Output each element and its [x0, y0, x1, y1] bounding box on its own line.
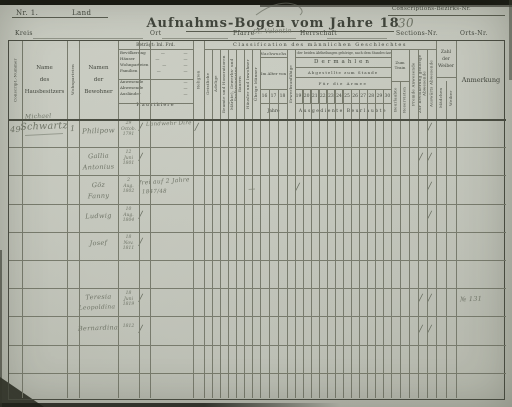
hw-birthdate: 1812 — [118, 324, 139, 330]
hw-inhabitant-name: Teresia — [79, 292, 118, 301]
conscription-district-label: Conscriptions-Bezirks-Nr. — [392, 6, 471, 12]
summary-dash: — — [180, 86, 191, 90]
women-title-l1: Zahl — [441, 50, 451, 55]
class-col-officials: Beamte und Honoratioren — [220, 49, 228, 119]
grid-line-horizontal — [9, 204, 506, 205]
bewohner-line1: Namen — [88, 65, 108, 71]
column-header-party-number: Wohnparteien — [67, 41, 79, 119]
summary-subline: Ausländer— — [118, 92, 193, 96]
women-title-l2: der — [442, 57, 450, 62]
hw-birthdate: 18 Juni 1819 — [118, 291, 139, 308]
col-foreign-present: Fremde Anwesende — [409, 49, 418, 119]
hw-date-year: 1801 — [123, 161, 134, 167]
hw-check-mark: ∕ — [428, 294, 431, 304]
column-header-owner: Name des Hausbesitzers — [22, 47, 67, 113]
grid-line-vertical — [383, 89, 384, 398]
hw-note: Landwehr Direction — [146, 120, 192, 128]
summary-dash: — — [180, 92, 191, 96]
grid-line-vertical — [335, 89, 336, 398]
grid-line-vertical — [446, 81, 447, 398]
owner-line1: Name — [36, 65, 53, 71]
summary-col-a: Inl. — [156, 43, 164, 48]
grid-line-horizontal — [118, 49, 193, 50]
herrschaft-underline — [327, 38, 387, 39]
class-col-unfit: Erwerbsunfähige — [287, 49, 295, 119]
summary-dash: — — [180, 63, 191, 67]
summary-dash: — — [180, 80, 191, 84]
hw-check-mark: ∕ — [428, 325, 431, 335]
summary-col-b: Frd. — [165, 43, 175, 48]
kreis-underline — [33, 38, 143, 39]
grid-line-vertical — [303, 89, 304, 398]
hw-owner-flourish — [25, 133, 63, 136]
summary-line-label: Häuser — [120, 57, 135, 61]
ort-underline — [162, 38, 228, 39]
summary-subline: Abwesende— — [118, 86, 193, 90]
hw-check-mark: ∕ — [195, 123, 198, 133]
women-col-girls: Mädchen — [436, 77, 446, 119]
land-underline — [12, 17, 108, 18]
hw-note: frei auf 2 Jahre — [139, 176, 190, 187]
orts-nr-label: Orts-Nr. — [460, 30, 488, 37]
summary-line: Häuser—— — [118, 57, 193, 61]
class-col-nobles: Adelige — [212, 49, 220, 119]
owner-line2: des — [40, 77, 50, 83]
nachwuchs-unit: Jahre — [260, 103, 287, 119]
sections-nr-label: Sections-Nr. — [396, 30, 438, 37]
summary-subline: Anwesende— — [118, 80, 193, 84]
census-table: Conscript.-Nummer Name des Hausbesitzers… — [8, 40, 505, 400]
summary-line-label: Bevölkerung — [120, 51, 146, 55]
hw-inhabitant-name2: Leopoldina — [75, 303, 119, 312]
grid-line-horizontal — [9, 373, 506, 374]
scan-edge-left — [0, 250, 2, 407]
ort-label: Ort — [150, 30, 161, 37]
grid-line-horizontal — [9, 175, 506, 176]
women-col-women: Weiber — [446, 77, 456, 119]
grid-line-horizontal — [9, 260, 506, 261]
grid-line-horizontal — [260, 57, 287, 58]
hw-party-number: 1 — [70, 124, 76, 133]
hw-check-mark: ∕ — [428, 123, 431, 133]
hw-date-year: 1811 — [123, 246, 134, 252]
nachwuchs-age-17: 17 — [269, 89, 278, 103]
hw-inhabitant-name: Ludwig — [79, 211, 118, 220]
owner-line3: Hausbesitzers — [25, 89, 65, 95]
grid-line-horizontal — [436, 77, 456, 78]
summary-dash: — — [157, 51, 168, 55]
scan-edge-bottom — [0, 403, 340, 407]
classification-title: Classification des männlichen Geschlecht… — [204, 41, 436, 49]
summary-dash: — — [159, 63, 170, 67]
hw-check-mark: ∕ — [428, 182, 431, 192]
class-col-burghers: Bürger, Künstler (Städte, Märkte), Gewer… — [228, 49, 236, 119]
grid-line-horizontal — [9, 147, 506, 148]
scanned-census-form: Nr. 1. Land Conscriptions-Bezirks-Nr. Au… — [0, 0, 512, 407]
land-label: Land — [72, 9, 91, 17]
column-header-remarks: Anmerkung — [456, 41, 506, 119]
summary-dash: — — [180, 51, 191, 55]
hw-inhabitant-name: Josef — [79, 238, 118, 247]
summary-dash: — — [153, 69, 164, 73]
hw-birthdate: 2 Aug. 1802 — [118, 178, 139, 195]
grid-line-horizontal — [295, 67, 391, 68]
dermahlen-note: In eine der beiden Abtheilungen gehörige… — [295, 49, 391, 57]
grid-line-horizontal — [295, 57, 391, 58]
hw-date-year: 1804 — [123, 218, 134, 224]
grid-line-vertical — [319, 89, 320, 398]
women-box-title: Zahl der Weiber — [436, 41, 456, 77]
class-col-cottagers: Häusler und Inwohner — [244, 49, 252, 119]
age-cell: 19 — [295, 89, 302, 103]
women-title-l3: Weiber — [438, 64, 454, 69]
hw-check-mark: ∕ — [428, 153, 431, 163]
summary-line: Bevölkerung—— — [118, 51, 193, 55]
class-col-farmers: Bauern — [236, 49, 244, 119]
col-away-absent: Auswärts Abwesende — [427, 49, 436, 119]
hw-remark: № 131 — [460, 295, 482, 304]
bewohner-line3: Bewohner — [84, 89, 112, 95]
summary-dash: — — [180, 57, 191, 61]
hw-check-mark: ∕ — [419, 325, 422, 335]
grid-line-horizontal — [118, 103, 193, 104]
dermahlen-sub1: Abgestellte zum Stande — [295, 67, 391, 77]
summary-line: Familien—— — [118, 69, 193, 73]
hw-birthdate: 29 Octob. 1791 — [118, 121, 139, 138]
age-cell: 30 — [383, 89, 391, 103]
hw-birthdate: 10 Aug. 1804 — [118, 207, 139, 224]
summary-line-label: Wohnparteien — [120, 63, 148, 67]
kreis-label: Kreis — [15, 30, 33, 37]
class-col-clergy: Geistliche — [204, 49, 212, 119]
summary-subline-label: Ausländer — [120, 92, 141, 96]
hw-inhabitant-name: Göz — [79, 180, 118, 189]
grid-line-horizontal — [295, 103, 391, 104]
pair-col-furloughed: Beurlaubte — [391, 81, 400, 119]
column-header-religion: Religion — [193, 41, 204, 119]
grid-line-horizontal — [204, 49, 436, 50]
pfarre-value-handwritten: St. Valentin — [253, 27, 292, 35]
grid-line-vertical — [311, 89, 312, 398]
grid-line-horizontal — [391, 81, 409, 82]
dermahlen-title: Dermahlen — [295, 57, 391, 67]
grid-line-vertical — [400, 81, 401, 398]
grid-line-horizontal — [295, 89, 391, 90]
nachwuchs-age-18: 18 — [278, 89, 287, 103]
grid-line-horizontal — [9, 232, 506, 233]
hw-note2: 1847/48 — [142, 189, 167, 196]
hw-check-mark: ∕ — [419, 153, 422, 163]
grid-line-horizontal — [260, 89, 287, 90]
hw-inhabitant-name: Philipow — [79, 126, 118, 135]
hw-inhabitant-name2: Fanny — [79, 191, 118, 200]
grid-line-horizontal — [260, 103, 287, 104]
grid-line-vertical — [359, 89, 360, 398]
herrschaft-label: Herrschaft — [300, 30, 337, 37]
pen-flourish — [252, 1, 312, 17]
pair-box-title: Zum Train — [391, 49, 409, 81]
hw-check-mark: ∕ — [428, 211, 431, 221]
pfarre-label: Pfarre — [233, 30, 255, 37]
hw-birthdate: 12 Juni 1801 — [118, 150, 139, 167]
grid-line-horizontal — [9, 345, 506, 346]
column-header-inhabitants: Namen der Bewohner — [79, 47, 118, 113]
grid-line-horizontal — [9, 288, 506, 289]
hw-inhabitant-name: Gallia — [79, 151, 118, 160]
grid-line-vertical — [375, 89, 376, 398]
dermahlen-sub2: Für die Armee — [295, 77, 391, 89]
nachwuchs-sub: Im Alter von — [260, 57, 287, 89]
summary-line: Wohnparteien—— — [118, 63, 193, 67]
hw-date-year: 1791 — [123, 132, 134, 138]
summary-footer: Hausthiere — [118, 98, 193, 112]
grid-line-vertical — [269, 89, 270, 398]
hw-birthdate: 18 Nov. 1811 — [118, 235, 139, 252]
nachwuchs-title: Nachwuchs — [260, 49, 287, 57]
bewohner-line2: der — [94, 77, 103, 83]
grid-line-horizontal — [118, 79, 193, 80]
hw-owner-last: Schwartz — [21, 120, 67, 133]
grid-line-vertical — [343, 89, 344, 398]
hw-date-year: 1802 — [123, 189, 134, 195]
grid-line-vertical — [327, 89, 328, 398]
form-number-label: Nr. 1. — [16, 9, 38, 17]
summary-dash: — — [152, 57, 163, 61]
grid-line-vertical — [278, 89, 279, 398]
summary-title: Beträgt: Inl. Frd. — [118, 41, 193, 49]
hw-check-mark: ∕ — [419, 294, 422, 304]
hw-date-year: 1819 — [123, 302, 134, 308]
hw-date-year: 1812 — [123, 324, 134, 330]
grid-line-vertical — [351, 89, 352, 398]
grid-line-horizontal — [9, 119, 506, 121]
year-handwritten: 30 — [397, 16, 413, 31]
hw-inhabitant-name2: Antonius — [79, 162, 118, 171]
grid-line-horizontal — [9, 316, 506, 317]
summary-dash: — — [180, 69, 191, 73]
pfarre-underline — [250, 38, 296, 39]
class-col-other-men: Übrige Männer — [252, 49, 260, 119]
col-belonging-absent: Zur Bevölkerung gehörige Abwesende — [418, 49, 427, 119]
hw-check-mark: ∕ — [296, 183, 299, 193]
summary-line-label: Familien — [120, 69, 137, 73]
pair-col-reservists: Reservisten — [400, 81, 409, 119]
summary-box: Beträgt: Inl. Frd. Bevölkerung—— Häuser—… — [118, 41, 193, 119]
grid-line-horizontal — [295, 77, 391, 78]
column-header-house-number: Conscript.-Nummer — [9, 41, 22, 119]
grid-line-vertical — [367, 89, 368, 398]
nachwuchs-age-16: 16 — [260, 89, 269, 103]
hw-inhabitant-name: Bernardina — [75, 323, 121, 333]
